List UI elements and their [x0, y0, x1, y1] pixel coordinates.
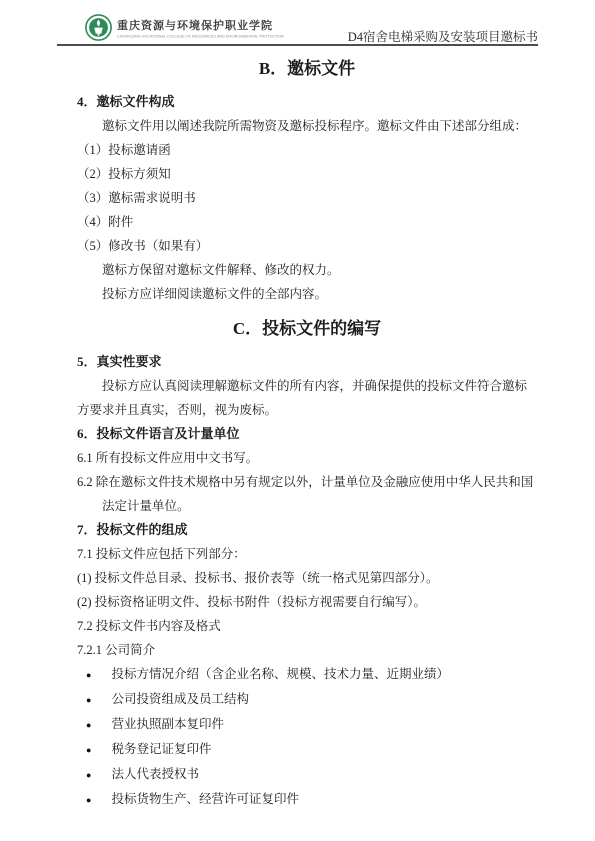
bullet-item: ● 投标货物生产、经营许可证复印件 — [77, 787, 537, 812]
heading-4: 4．邀标文件构成 — [77, 90, 537, 114]
heading-6: 6．投标文件语言及计量单位 — [77, 422, 537, 446]
list-item: （2）投标方须知 — [77, 162, 537, 186]
page-header: 重庆资源与环境保护职业学院 CHONGQING VOCATIONAL COLLE… — [57, 0, 538, 46]
paragraph-6-2-continued: 法定计量单位。 — [77, 494, 537, 518]
paragraph-7-2: 7.2 投标文件书内容及格式 — [77, 614, 537, 638]
document-body: B．邀标文件 4．邀标文件构成 邀标文件用以阐述我院所需物资及邀标投标程序。邀标… — [77, 46, 537, 812]
bullet-item: ● 公司投资组成及员工结构 — [77, 687, 537, 712]
college-logo-icon — [85, 14, 112, 41]
bullet-label: 法人代表授权书 — [111, 762, 199, 786]
bullet-item: ● 法人代表授权书 — [77, 762, 537, 787]
paragraph-6-2: 6.2 除在邀标文件技术规格中另有规定以外，计量单位及金融应使用中华人民共和国 — [77, 470, 537, 494]
document-page: 重庆资源与环境保护职业学院 CHONGQING VOCATIONAL COLLE… — [0, 0, 595, 841]
paragraph-6-1: 6.1 所有投标文件应用中文书写。 — [77, 446, 537, 470]
bullet-icon: ● — [86, 763, 91, 787]
bullet-icon: ● — [86, 788, 91, 812]
bullet-label: 投标货物生产、经营许可证复印件 — [111, 787, 299, 811]
paragraph-intro: 邀标文件用以阐述我院所需物资及邀标投标程序。邀标文件由下述部分组成： — [77, 114, 537, 138]
bullet-icon: ● — [86, 663, 91, 687]
bullet-icon: ● — [86, 688, 91, 712]
paragraph-7-1-item2: (2) 投标资格证明文件、投标书附件（投标方视需要自行编写）。 — [77, 590, 537, 614]
paragraph-note1: 邀标方保留对邀标文件解释、修改的权力。 — [77, 258, 537, 282]
bullet-label: 公司投资组成及员工结构 — [111, 687, 249, 711]
bullet-item: ● 税务登记证复印件 — [77, 737, 537, 762]
heading-5: 5．真实性要求 — [77, 350, 537, 374]
section-b-title: B．邀标文件 — [77, 56, 537, 82]
bullet-item: ● 投标方情况介绍（含企业名称、规模、技术力量、近期业绩） — [77, 662, 537, 687]
list-item: （5）修改书（如果有） — [77, 234, 537, 258]
list-item: （1）投标邀请函 — [77, 138, 537, 162]
bullet-icon: ● — [86, 738, 91, 762]
section-c-title: C．投标文件的编写 — [77, 316, 537, 342]
bullet-item: ● 营业执照副本复印件 — [77, 712, 537, 737]
list-item: （4）附件 — [77, 210, 537, 234]
paragraph-5: 投标方应认真阅读理解邀标文件的所有内容，并确保提供的投标文件符合邀标方要求并且真… — [77, 374, 537, 422]
paragraph-7-1: 7.1 投标文件应包括下列部分： — [77, 542, 537, 566]
bullet-icon: ● — [86, 713, 91, 737]
heading-7: 7．投标文件的组成 — [77, 518, 537, 542]
bullet-label: 投标方情况介绍（含企业名称、规模、技术力量、近期业绩） — [111, 662, 449, 686]
bullet-label: 营业执照副本复印件 — [111, 712, 224, 736]
paragraph-note2: 投标方应详细阅读邀标文件的全部内容。 — [77, 282, 537, 306]
paragraph-7-2-1: 7.2.1 公司简介 — [77, 638, 537, 662]
bullet-label: 税务登记证复印件 — [111, 737, 211, 761]
document-header-title: D4宿舍电梯采购及安装项目邀标书 — [348, 27, 538, 45]
list-item: （3）邀标需求说明书 — [77, 186, 537, 210]
college-name-english: CHONGQING VOCATIONAL COLLEGE OF RESOURCE… — [117, 34, 284, 36]
paragraph-7-1-item1: (1) 投标文件总目录、投标书、报价表等（统一格式见第四部分）。 — [77, 566, 537, 590]
